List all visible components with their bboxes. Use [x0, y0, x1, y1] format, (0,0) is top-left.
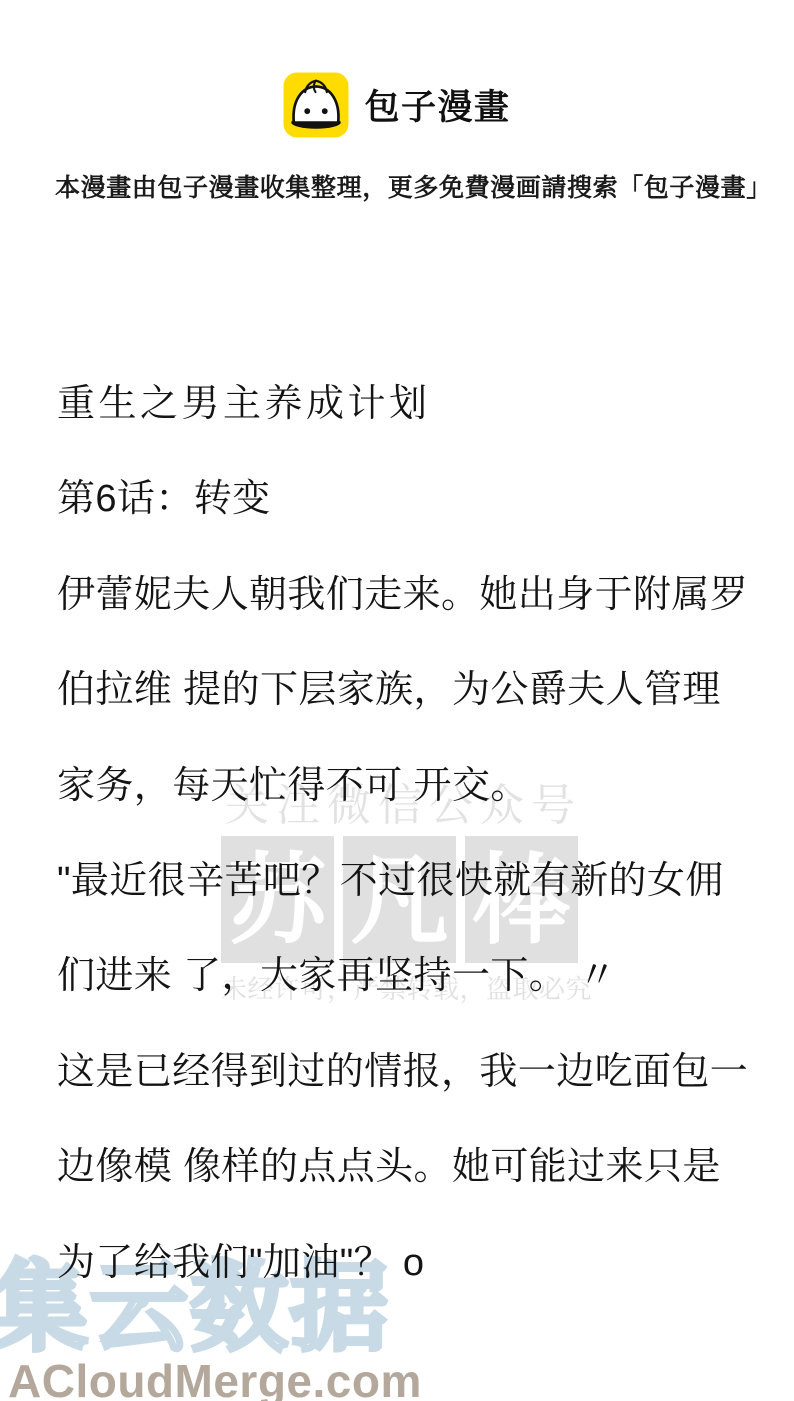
story-line-5: 们进来 了，大家再坚持一下。 〃: [57, 929, 777, 1024]
manga-text-page: 包子漫畫 本漫畫由包子漫畫收集整理，更多免費漫画請搜索「包子漫畫」 关注微信公众…: [0, 0, 794, 1401]
site-domain-text: ACloudMerge.com: [8, 1358, 422, 1401]
series-title: 重生之男主养成计划: [57, 357, 777, 452]
story-text: 重生之男主养成计划 第6话：转变 伊蕾妮夫人朝我们走来。她出身于附属罗 伯拉维 …: [57, 357, 777, 1311]
disclaimer-text: 本漫畫由包子漫畫收集整理，更多免費漫画請搜索「包子漫畫」: [55, 168, 765, 204]
story-line-1: 伊蕾妮夫人朝我们走来。她出身于附属罗: [57, 548, 777, 643]
brand-name: 包子漫畫: [364, 80, 510, 130]
story-line-2: 伯拉维 提的下层家族，为公爵夫人管理: [57, 643, 777, 738]
story-line-8: 为了给我们"加油"？ o: [57, 1216, 777, 1311]
baozi-bun-icon: [283, 72, 349, 138]
story-line-6: 这是已经得到过的情报，我一边吃面包一: [57, 1025, 777, 1120]
story-line-4: "最近很辛苦吧？不过很快就有新的女佣: [57, 834, 777, 929]
story-line-3: 家务，每天忙得不可 开交。: [57, 739, 777, 834]
chapter-title: 第6话：转变: [57, 452, 777, 547]
story-line-7: 边像模 像样的点点头。她可能过来只是: [57, 1120, 777, 1215]
logo: 包子漫畫: [0, 72, 794, 138]
